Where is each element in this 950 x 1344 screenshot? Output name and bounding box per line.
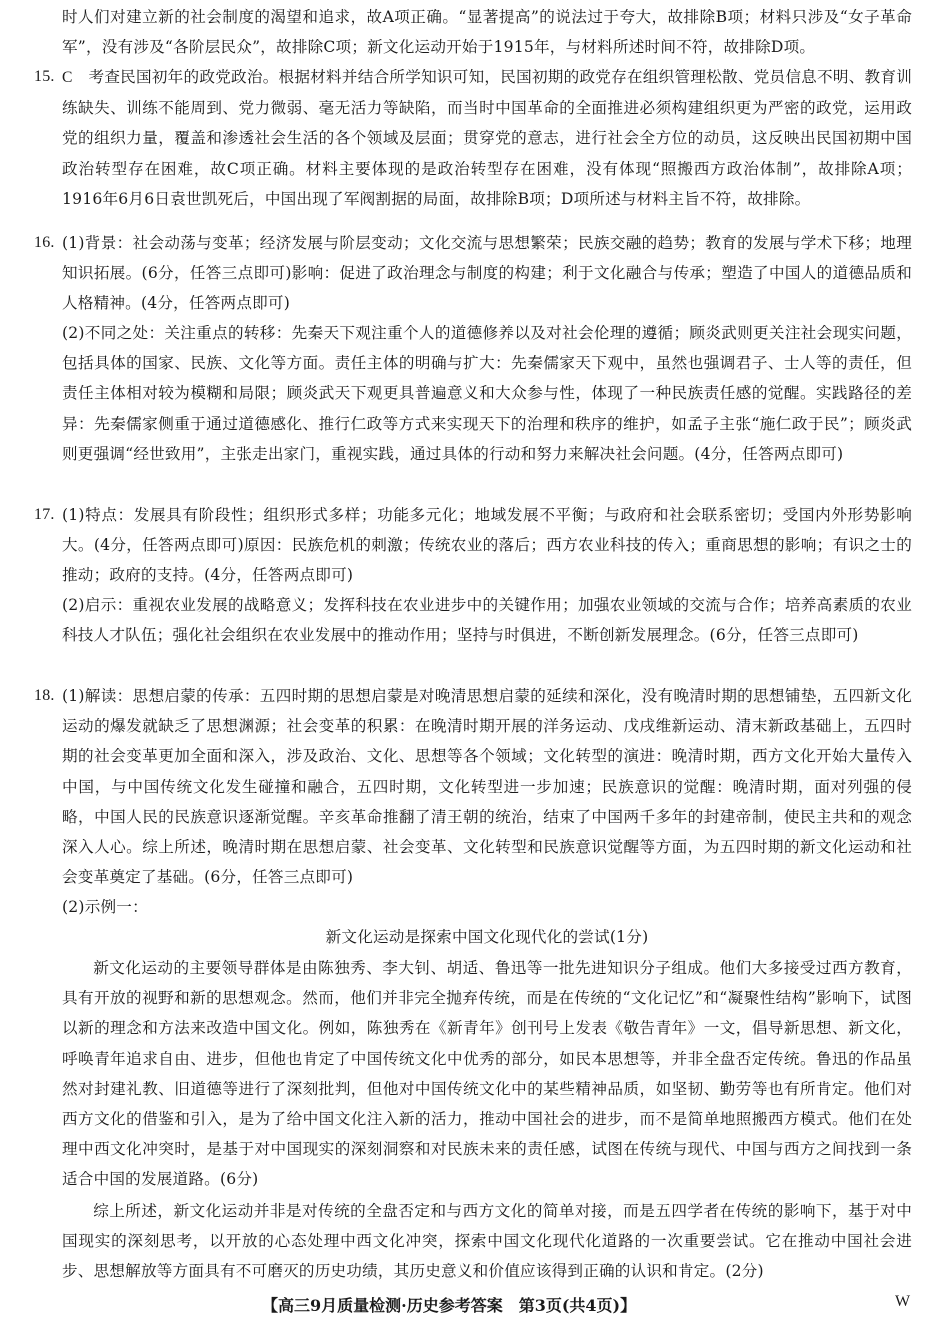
essay-paragraph-1: 新文化运动的主要领导群体是由陈独秀、李大钊、胡适、鲁迅等一批先进知识分子组成。他… <box>62 953 912 1195</box>
essay-paragraph-1-text: 新文化运动的主要领导群体是由陈独秀、李大钊、胡适、鲁迅等一批先进知识分子组成。他… <box>62 959 912 1188</box>
footer-title: 【高三9月质量检测·历史参考答案 第3页(共4页)】 <box>262 1293 636 1316</box>
q16-part2: (2)不同之处：关注重点的转移：先秦天下观注重个人的道德修养以及对社会伦理的遵循… <box>62 318 912 469</box>
q17-part2-text: (2)启示：重视农业发展的战略意义；发挥科技在农业进步中的关键作用；加强农业领域… <box>62 596 912 644</box>
q17-part1-text: (1)特点：发展具有阶段性；组织形式多样；功能多元化；地域发展不平衡；与政府和社… <box>62 506 912 584</box>
q14-continuation-text: 时人们对建立新的社会制度的渴望和追求，故A项正确。“显著提高”的说法过于夸大，故… <box>62 8 912 56</box>
q17-part2: (2)启示：重视农业发展的战略意义；发挥科技在农业进步中的关键作用；加强农业领域… <box>62 590 912 650</box>
essay-paragraph-2: 综上所述，新文化运动并非是对传统的全盘否定和与西方文化的简单对接，而是五四学者在… <box>62 1196 912 1287</box>
page-footer: 【高三9月质量检测·历史参考答案 第3页(共4页)】 W <box>0 1293 950 1321</box>
q18-part2-label: (2)示例一： <box>62 892 912 922</box>
q18-part1-text: (1)解读：思想启蒙的传承：五四时期的思想启蒙是对晚清思想启蒙的延续和深化，没有… <box>62 687 912 886</box>
q16-part1: 16. (1)背景：社会动荡与变革；经济发展与阶层变动；文化交流与思想繁荣；民族… <box>62 228 912 319</box>
footer-code: W <box>895 1293 910 1311</box>
q16-part1-text: (1)背景：社会动荡与变革；经济发展与阶层变动；文化交流与思想繁荣；民族交融的趋… <box>62 234 912 312</box>
answer-key-page: 时人们对建立新的社会制度的渴望和追求，故A项正确。“显著提高”的说法过于夸大，故… <box>0 0 950 1344</box>
q18-part2-label-text: (2)示例一： <box>62 898 148 916</box>
q15-number: 15. <box>34 62 55 92</box>
q17-number: 17. <box>34 500 55 530</box>
essay-title: 新文化运动是探索中国文化现代化的尝试(1分) <box>62 922 912 952</box>
q14-continuation: 时人们对建立新的社会制度的渴望和追求，故A项正确。“显著提高”的说法过于夸大，故… <box>62 2 912 62</box>
q17-part1: 17. (1)特点：发展具有阶段性；组织形式多样；功能多元化；地域发展不平衡；与… <box>62 500 912 591</box>
q15-choice: C <box>62 69 73 86</box>
essay-title-text: 新文化运动是探索中国文化现代化的尝试(1分) <box>326 928 649 946</box>
q18-number: 18. <box>34 681 55 711</box>
q16-number: 16. <box>34 228 55 258</box>
q15-explanation: 考查民国初年的政党政治。根据材料并结合所学知识可知，民国初期的政党存在组织管理松… <box>62 68 912 208</box>
q15-answer: 15. C 考查民国初年的政党政治。根据材料并结合所学知识可知，民国初期的政党存… <box>62 62 912 214</box>
q16-part2-text: (2)不同之处：关注重点的转移：先秦天下观注重个人的道德修养以及对社会伦理的遵循… <box>62 324 912 463</box>
essay-paragraph-2-text: 综上所述，新文化运动并非是对传统的全盘否定和与西方文化的简单对接，而是五四学者在… <box>62 1202 912 1280</box>
q18-part1: 18. (1)解读：思想启蒙的传承：五四时期的思想启蒙是对晚清思想启蒙的延续和深… <box>62 681 912 892</box>
